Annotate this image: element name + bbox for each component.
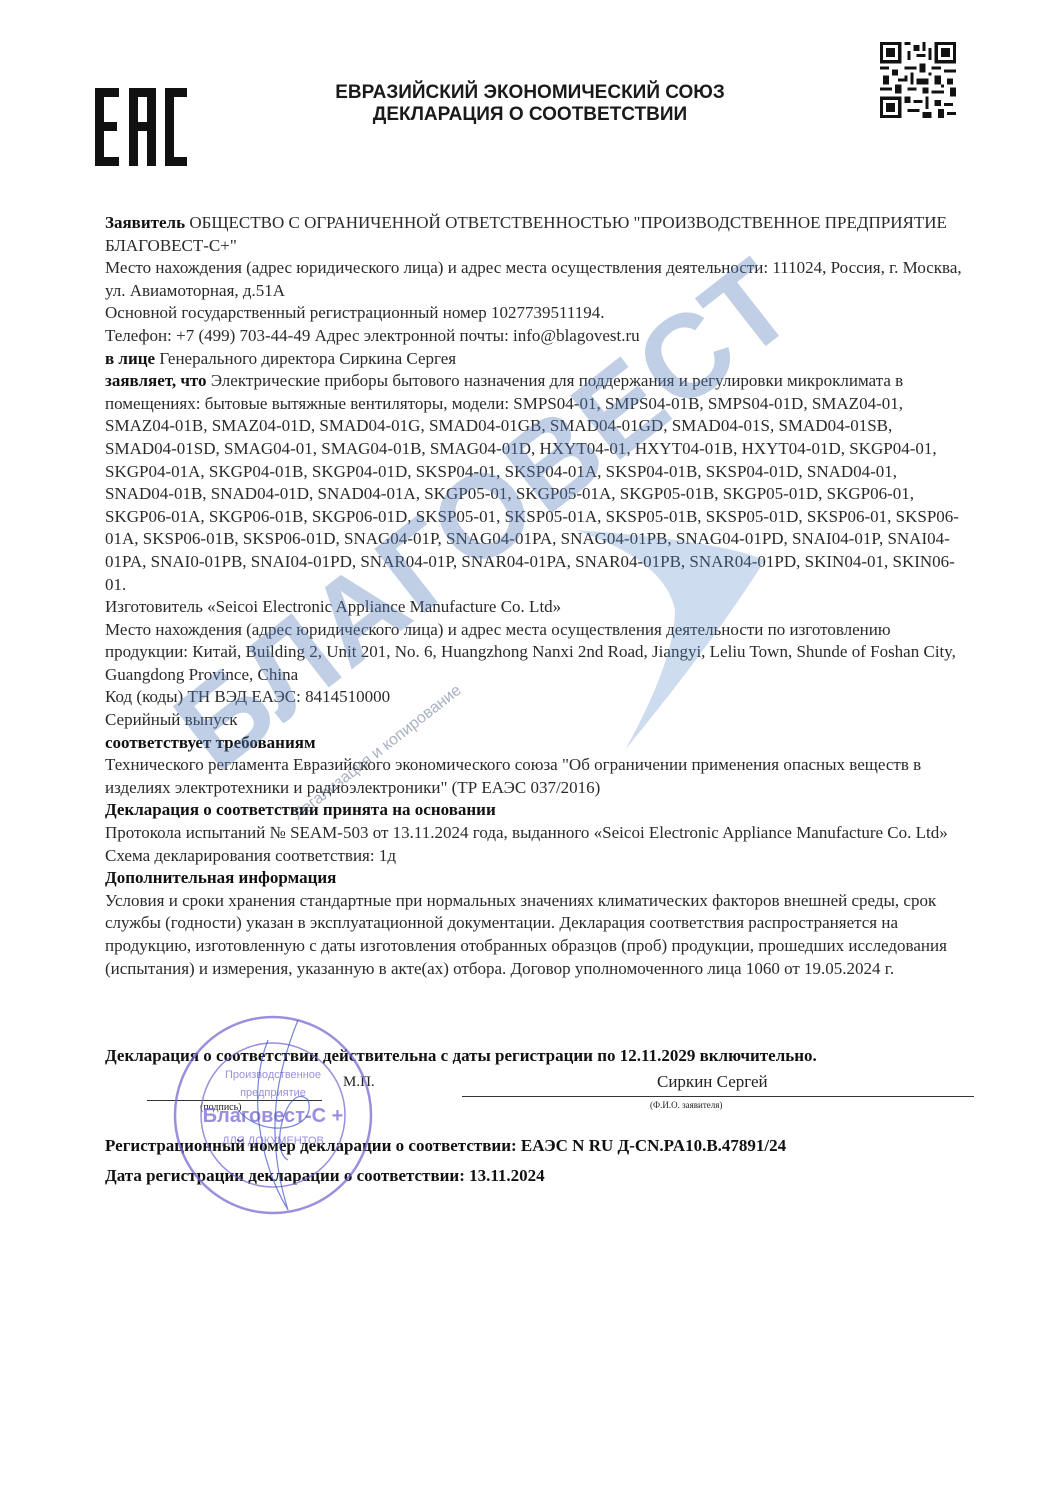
basis-protocol: Протокола испытаний № SEAM-503 от 13.11.…	[105, 822, 965, 845]
applicant-name: ОБЩЕСТВО С ОГРАНИЧЕННОЙ ОТВЕТСТВЕННОСТЬЮ…	[105, 213, 947, 255]
representative-label: в лице	[105, 349, 155, 368]
applicant-block: Заявитель ОБЩЕСТВО С ОГРАНИЧЕННОЙ ОТВЕТС…	[105, 212, 965, 257]
additional-heading: Дополнительная информация	[105, 867, 965, 890]
seal-placeholder: М.П.	[343, 1074, 375, 1091]
production-type: Серийный выпуск	[105, 709, 965, 732]
name-line	[462, 1096, 974, 1097]
requirements-text: Технического регламента Евразийского эко…	[105, 754, 965, 799]
declares-block: заявляет, что Электрические приборы быто…	[105, 370, 965, 596]
basis-scheme: Схема декларирования соответствия: 1д	[105, 845, 965, 868]
additional-text: Условия и сроки хранения стандартные при…	[105, 890, 965, 980]
registration-date: Дата регистрации декларации о соответств…	[105, 1166, 545, 1186]
manufacturer-address: Место нахождения (адрес юридического лиц…	[105, 619, 965, 687]
basis-heading: Декларация о соответствии принята на осн…	[105, 799, 965, 822]
manufacturer: Изготовитель «Seicoi Electronic Applianc…	[105, 596, 965, 619]
validity-statement: Декларация о соответствии действительна …	[105, 1046, 817, 1066]
union-title: ЕВРАЗИЙСКИЙ ЭКОНОМИЧЕСКИЙ СОЮЗ	[280, 82, 780, 104]
eac-logo-icon	[95, 88, 187, 166]
representative-block: в лице Генерального директора Сиркина Се…	[105, 348, 965, 371]
representative: Генерального директора Сиркина Сергея	[159, 349, 456, 368]
declaration-title: ДЕКЛАРАЦИЯ О СООТВЕТСТВИИ	[280, 104, 780, 126]
applicant-ogrn: Основной государственный регистрационный…	[105, 302, 965, 325]
product-description: Электрические приборы бытового назначени…	[105, 371, 959, 593]
declares-label: заявляет, что	[105, 371, 207, 390]
signature-label: (подпись)	[200, 1102, 242, 1113]
applicant-label: Заявитель	[105, 213, 185, 232]
qr-code-icon	[880, 42, 956, 118]
signature-line	[147, 1100, 322, 1101]
document-header: ЕВРАЗИЙСКИЙ ЭКОНОМИЧЕСКИЙ СОЮЗ ДЕКЛАРАЦИ…	[280, 82, 780, 126]
registration-number: Регистрационный номер декларации о соотв…	[105, 1136, 786, 1156]
declaration-page: ЕВРАЗИЙСКИЙ ЭКОНОМИЧЕСКИЙ СОЮЗ ДЕКЛАРАЦИ…	[0, 0, 1059, 1500]
tnved-code: Код (коды) ТН ВЭД ЕАЭС: 8414510000	[105, 686, 965, 709]
requirements-heading: соответствует требованиям	[105, 732, 965, 755]
signatory-name: Сиркин Сергей	[657, 1072, 768, 1092]
signatory-name-label: (Ф.И.О. заявителя)	[650, 1100, 722, 1110]
applicant-address: Место нахождения (адрес юридического лиц…	[105, 257, 965, 302]
applicant-contacts: Телефон: +7 (499) 703-44-49 Адрес электр…	[105, 325, 965, 348]
declaration-body: Заявитель ОБЩЕСТВО С ОГРАНИЧЕННОЙ ОТВЕТС…	[105, 212, 965, 980]
company-stamp-icon: Производственное предприятие Благовест-С…	[168, 1010, 378, 1220]
signature-row: (подпись) М.П. Сиркин Сергей (Ф.И.О. зая…	[105, 1072, 975, 1112]
